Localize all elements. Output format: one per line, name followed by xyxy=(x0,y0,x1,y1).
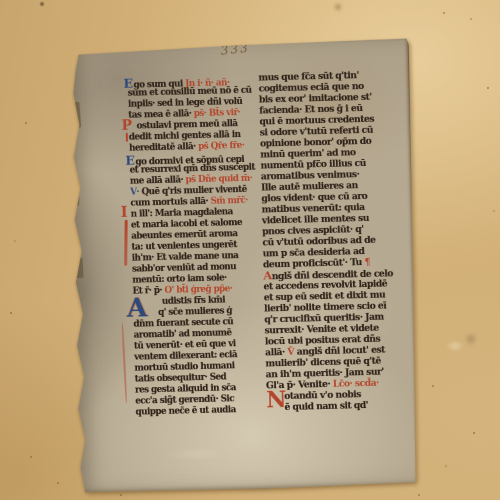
body-text: udistis fr̄s km̄i xyxy=(162,295,225,307)
body-text: cum mortuis allā· xyxy=(130,197,210,209)
foxing-spots xyxy=(0,0,2,2)
versicle-letter: V· xyxy=(130,187,142,197)
manuscript-leaf: 333 Ego sum qui Jn i· ñ· añ·sum et consi… xyxy=(63,36,420,494)
manuscript-leaf-wrapper: 333 Ego sum qui Jn i· ñ· añ·sum et consi… xyxy=(63,36,420,494)
body-text: hereditatē allā· xyxy=(129,142,198,154)
body-text: allā· xyxy=(265,347,288,359)
body-text: ē quid nam sit qd' xyxy=(284,400,368,413)
rubric-text: O' bt̄i ģreḡ pp̄e· xyxy=(164,284,232,296)
mat-light-spot xyxy=(446,340,464,352)
body-text: tas mea ē allā· xyxy=(128,109,194,121)
body-text: quippe nec̄e ē ut audia xyxy=(135,405,235,417)
rubric-text: ps̄ Dñe quid m̄· xyxy=(185,174,252,186)
rubric-text: ps̄ Qr̄e fr̄e· xyxy=(198,141,244,152)
manuscript-photo: 333 Ego sum qui Jn i· ñ· añ·sum et consi… xyxy=(0,0,500,500)
text-column-left: Ego sum qui Jn i· ñ· añ·sum et consiliū … xyxy=(127,75,253,419)
initial-letter: P xyxy=(121,121,131,132)
binding-stub xyxy=(69,184,79,206)
rubric-text: ¶ xyxy=(364,257,370,268)
rubric-text: ps̄· Bt̄s vir̄· xyxy=(194,108,241,119)
rubric-text: Sm̄ mr̄c̄· xyxy=(210,196,247,207)
rubric-text: V̄ xyxy=(287,347,297,358)
text-column-right: mus que fc̄a sūt q'tin'cogitemus eciā qu… xyxy=(258,69,390,413)
text-line: quippe nec̄e ē ut audia xyxy=(135,405,253,419)
binding-stub xyxy=(73,258,83,278)
folio-number: 333 xyxy=(220,41,250,58)
initial-letter: I xyxy=(121,207,128,218)
body-text: q' sc̄e mulieres ģ xyxy=(158,306,232,318)
blind-stamp xyxy=(167,446,225,461)
binding-stub xyxy=(68,102,81,129)
body-text: me allā allā· xyxy=(130,175,186,186)
text-line: ē quid nam sit qd' xyxy=(266,399,390,413)
